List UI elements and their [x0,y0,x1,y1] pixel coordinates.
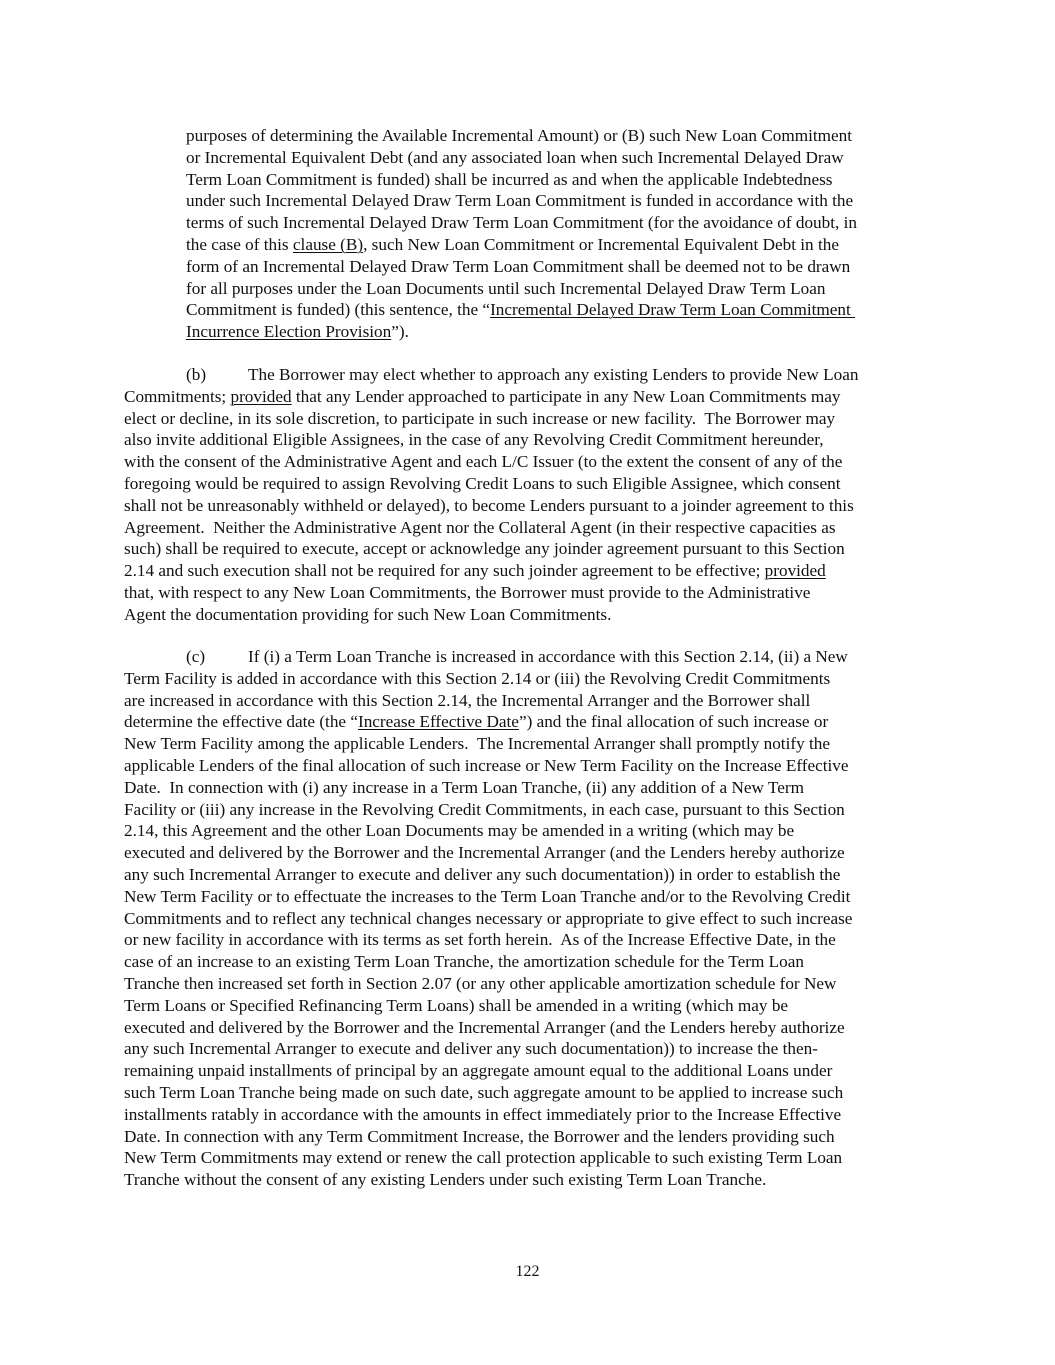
text-span: executed and delivered by the Borrower a… [124,843,845,862]
text-span: or new facility in accordance with its t… [124,930,836,949]
defined-term: Incremental Delayed Draw Term Loan Commi… [490,300,855,319]
text-line: Agent the documentation providing for su… [124,604,611,626]
paragraph-label: (b) [186,364,206,386]
text-span: case of an increase to an existing Term … [124,952,804,971]
text-line: for all purposes under the Loan Document… [186,278,825,300]
text-line: Term Facility is added in accordance wit… [124,668,830,690]
text-line: executed and delivered by the Borrower a… [124,1017,845,1039]
text-span: New Term Facility among the applicable L… [124,734,830,753]
text-line: New Term Facility among the applicable L… [124,733,830,755]
text-line: under such Incremental Delayed Draw Term… [186,190,853,212]
text-line: Commitment is funded) (this sentence, th… [186,299,855,321]
text-line: Date. In connection with any Term Commit… [124,1126,835,1148]
text-line: any such Incremental Arranger to execute… [124,1038,818,1060]
text-line: 2.14, this Agreement and the other Loan … [124,820,794,842]
text-span: with the consent of the Administrative A… [124,452,842,471]
text-line: If (i) a Term Loan Tranche is increased … [248,646,848,668]
text-span: 2.14, this Agreement and the other Loan … [124,821,794,840]
text-span: determine the effective date (the “ [124,712,358,731]
text-span: installments ratably in accordance with … [124,1105,841,1124]
text-span: that any Lender approached to participat… [292,387,841,406]
text-span: ”) and the final allocation of such incr… [519,712,828,731]
text-line: determine the effective date (the “Incre… [124,711,828,733]
defined-term: clause (B) [293,235,363,254]
text-line: applicable Lenders of the final allocati… [124,755,849,777]
text-line: Facility or (iii) any increase in the Re… [124,799,845,821]
text-line: shall not be unreasonably withheld or de… [124,495,854,517]
text-line: Commitments; provided that any Lender ap… [124,386,840,408]
text-line: such Term Loan Tranche being made on suc… [124,1082,843,1104]
text-span: elect or decline, in its sole discretion… [124,409,835,428]
text-line: Tranche without the consent of any exist… [124,1169,766,1191]
text-span: executed and delivered by the Borrower a… [124,1018,845,1037]
text-span: terms of such Incremental Delayed Draw T… [186,213,857,232]
text-span: The Borrower may elect whether to approa… [248,365,858,384]
text-span: for all purposes under the Loan Document… [186,279,825,298]
text-span: Date. In connection with any Term Commit… [124,1127,835,1146]
text-line: 2.14 and such execution shall not be req… [124,560,826,582]
text-span: foregoing would be required to assign Re… [124,474,841,493]
document-page: 122 purposes of determining the Availabl… [0,0,1055,1365]
defined-term: provided [230,387,291,406]
text-span: Facility or (iii) any increase in the Re… [124,800,845,819]
text-line: Incurrence Election Provision”). [186,321,409,343]
text-span: or Incremental Equivalent Debt (and any … [186,148,844,167]
text-line: are increased in accordance with this Se… [124,690,810,712]
text-span: such Term Loan Tranche being made on suc… [124,1083,843,1102]
text-span: remaining unpaid installments of princip… [124,1061,832,1080]
text-span: purposes of determining the Available In… [186,126,852,145]
defined-term: Increase Effective Date [358,712,519,731]
text-line: installments ratably in accordance with … [124,1104,841,1126]
text-span: Term Facility is added in accordance wit… [124,669,830,688]
text-span: any such Incremental Arranger to execute… [124,865,840,884]
text-line: Tranche then increased set forth in Sect… [124,973,836,995]
text-span: that, with respect to any New Loan Commi… [124,583,810,602]
text-span: under such Incremental Delayed Draw Term… [186,191,853,210]
text-span: New Term Facility or to effectuate the i… [124,887,850,906]
defined-term: provided [765,561,826,580]
text-line: that, with respect to any New Loan Commi… [124,582,810,604]
text-span: Agreement. Neither the Administrative Ag… [124,518,836,537]
text-line: The Borrower may elect whether to approa… [248,364,858,386]
text-line: case of an increase to an existing Term … [124,951,804,973]
text-span: New Term Commitments may extend or renew… [124,1148,842,1167]
text-line: purposes of determining the Available In… [186,125,852,147]
text-span: Date. In connection with (i) any increas… [124,778,804,797]
text-line: Agreement. Neither the Administrative Ag… [124,517,836,539]
text-span: Term Loan Commitment is funded) shall be… [186,170,832,189]
text-span: any such Incremental Arranger to execute… [124,1039,818,1058]
text-line: also invite additional Eligible Assignee… [124,429,824,451]
text-span: are increased in accordance with this Se… [124,691,810,710]
text-span: Commitment is funded) (this sentence, th… [186,300,490,319]
text-line: remaining unpaid installments of princip… [124,1060,832,1082]
page-number: 122 [0,1263,1055,1281]
text-line: or new facility in accordance with its t… [124,929,836,951]
text-span: such) shall be required to execute, acce… [124,539,845,558]
text-span: Commitments and to reflect any technical… [124,909,852,928]
text-span: applicable Lenders of the final allocati… [124,756,849,775]
text-line: any such Incremental Arranger to execute… [124,864,840,886]
text-span: ”). [391,322,409,341]
text-span: If (i) a Term Loan Tranche is increased … [248,647,848,666]
text-span: also invite additional Eligible Assignee… [124,430,824,449]
text-span: form of an Incremental Delayed Draw Term… [186,257,850,276]
text-line: Term Loan Commitment is funded) shall be… [186,169,832,191]
text-span: 2.14 and such execution shall not be req… [124,561,765,580]
text-line: or Incremental Equivalent Debt (and any … [186,147,844,169]
text-span: shall not be unreasonably withheld or de… [124,496,854,515]
paragraph-label: (c) [186,646,205,668]
text-span: Tranche without the consent of any exist… [124,1170,766,1189]
text-line: Term Loans or Specified Refinancing Term… [124,995,788,1017]
defined-term: Incurrence Election Provision [186,322,391,341]
text-line: the case of this clause (B), such New Lo… [186,234,839,256]
text-line: form of an Incremental Delayed Draw Term… [186,256,850,278]
text-line: Date. In connection with (i) any increas… [124,777,804,799]
text-line: foregoing would be required to assign Re… [124,473,841,495]
text-span: Term Loans or Specified Refinancing Term… [124,996,788,1015]
text-line: terms of such Incremental Delayed Draw T… [186,212,857,234]
text-line: with the consent of the Administrative A… [124,451,842,473]
text-line: Commitments and to reflect any technical… [124,908,852,930]
text-span: the case of this [186,235,293,254]
text-span: , such New Loan Commitment or Incrementa… [363,235,839,254]
text-line: elect or decline, in its sole discretion… [124,408,835,430]
text-span: Commitments; [124,387,230,406]
text-span: Tranche then increased set forth in Sect… [124,974,836,993]
text-line: New Term Commitments may extend or renew… [124,1147,842,1169]
text-line: such) shall be required to execute, acce… [124,538,845,560]
text-line: New Term Facility or to effectuate the i… [124,886,850,908]
text-line: executed and delivered by the Borrower a… [124,842,845,864]
text-span: Agent the documentation providing for su… [124,605,611,624]
